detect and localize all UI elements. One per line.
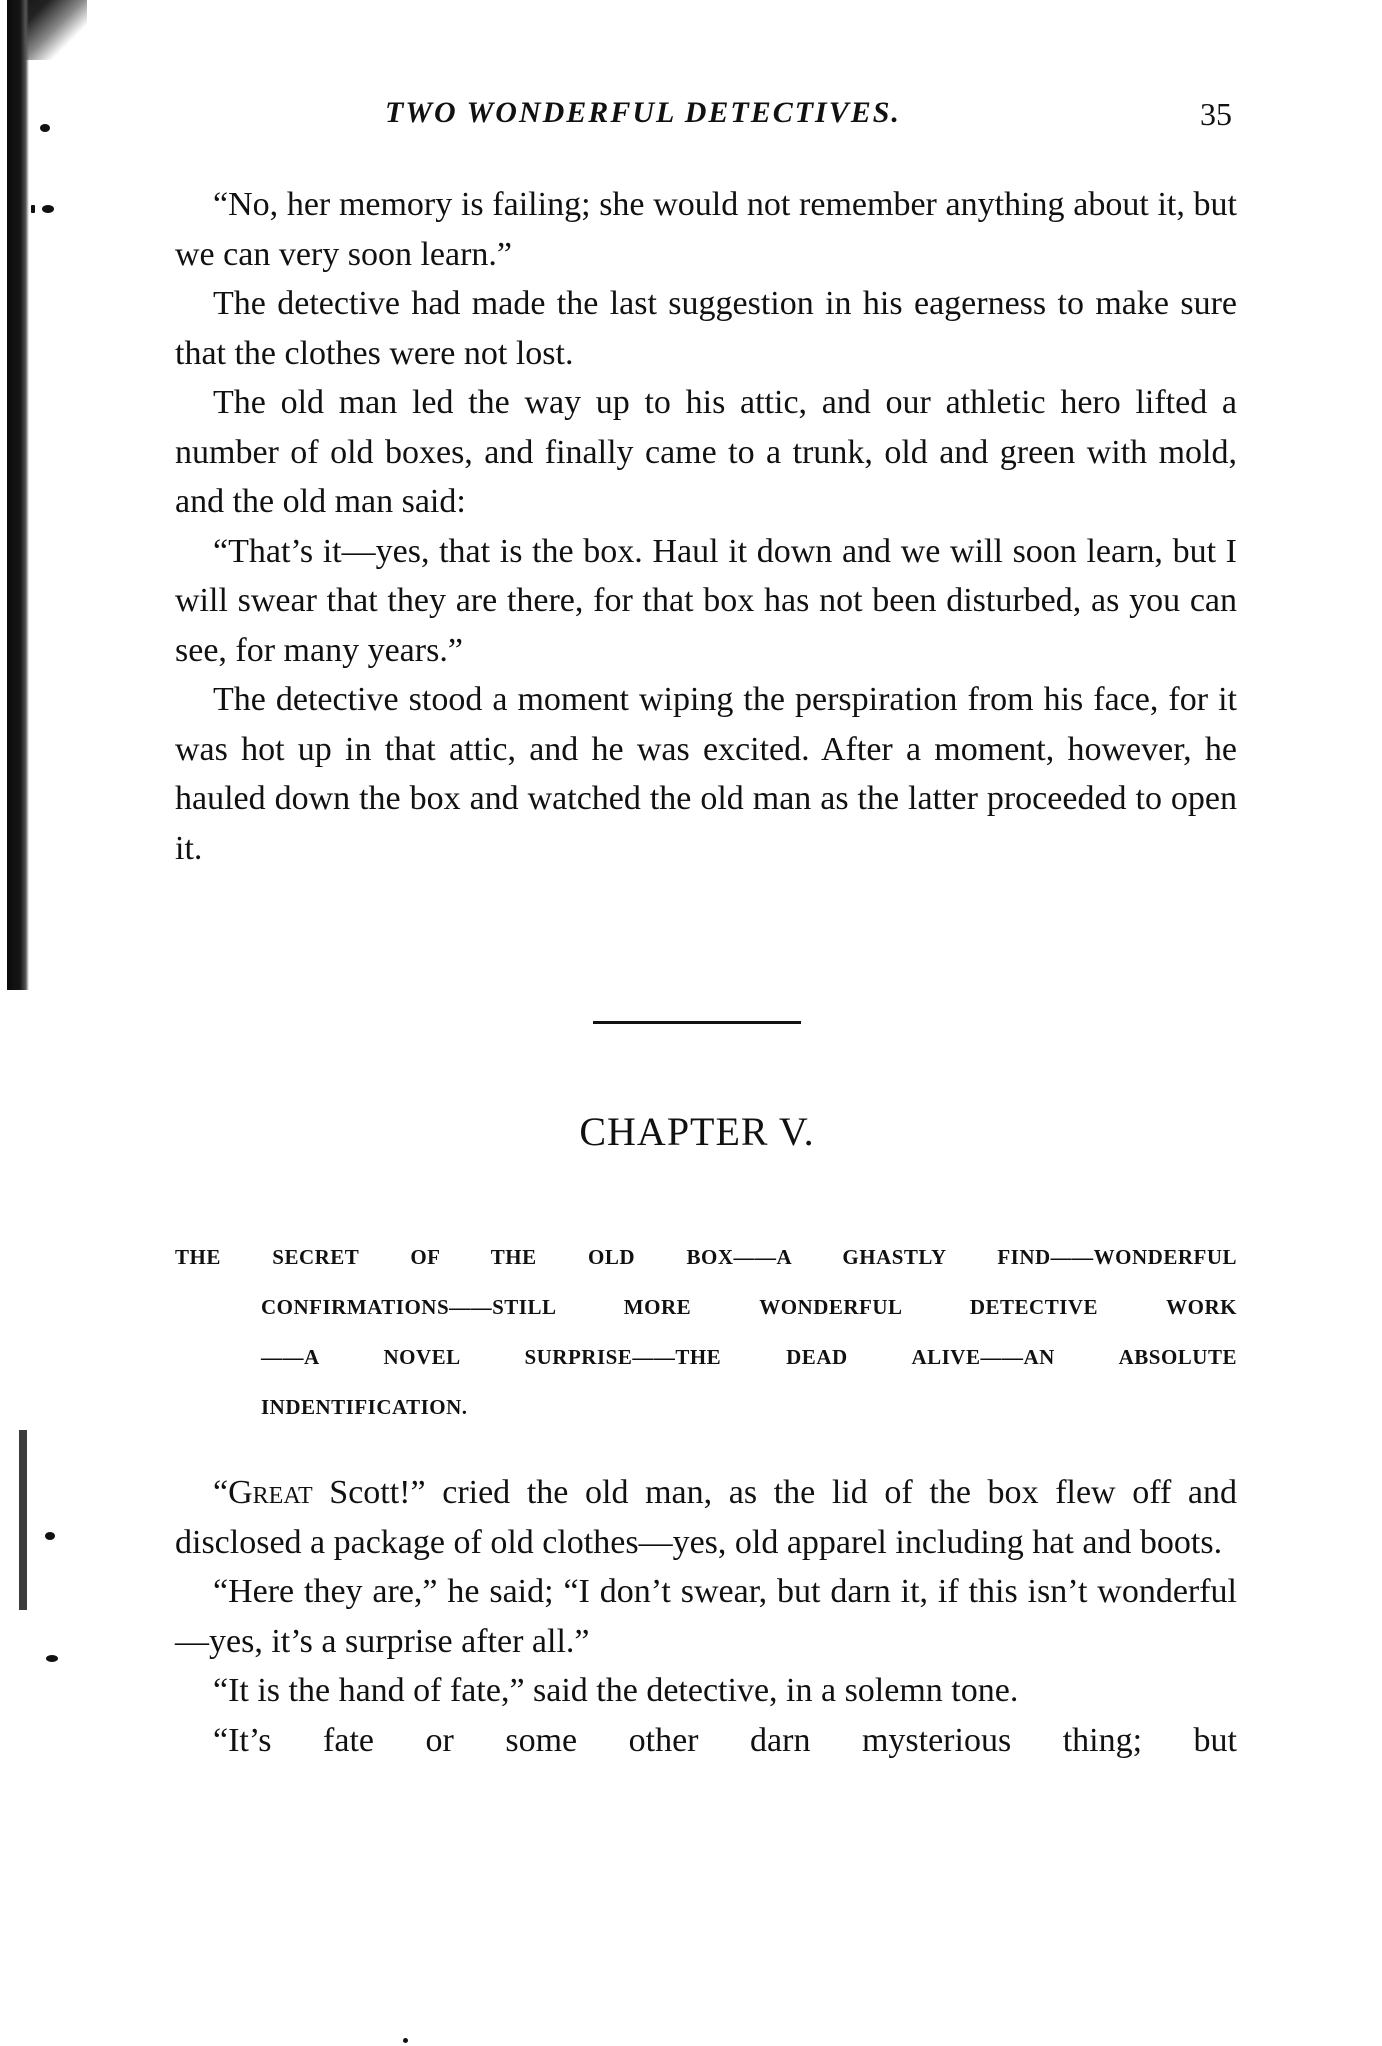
paragraph: The old man led the way up to his attic,…	[175, 378, 1237, 527]
synopsis-line: INDENTIFICATION.	[261, 1382, 1237, 1432]
running-head: TWO WONDERFUL DETECTIVES. 35	[385, 96, 1240, 140]
chapter-heading-text: CHAPTER V.	[579, 1109, 814, 1154]
scan-speck	[45, 1532, 55, 1540]
synopsis-line: CONFIRMATIONS——STILL MORE WONDERFUL DETE…	[261, 1282, 1237, 1332]
page-number: 35	[1200, 96, 1232, 133]
scan-speck	[42, 205, 54, 213]
paragraph: “That’s it—yes, that is the box. Haul it…	[175, 527, 1237, 676]
binding-shadow-lower	[19, 1430, 27, 1610]
book-page: TWO WONDERFUL DETECTIVES. 35 “No, her me…	[0, 0, 1382, 2046]
section-divider-rule	[593, 1021, 801, 1024]
binding-shadow	[7, 0, 29, 990]
scan-speck	[403, 2038, 408, 2043]
synopsis-line: THE SECRET OF THE OLD BOX——A GHASTLY FIN…	[175, 1232, 1237, 1282]
paragraph: “It’s fate or some other darn mysterious…	[175, 1716, 1237, 1766]
opening-quote: “	[213, 1474, 228, 1511]
paragraph: The detective stood a moment wiping the …	[175, 675, 1237, 873]
scan-speck	[40, 124, 50, 132]
chapter-synopsis: THE SECRET OF THE OLD BOX——A GHASTLY FIN…	[175, 1232, 1237, 1432]
paragraph: “Here they are,” he said; “I don’t swear…	[175, 1567, 1237, 1666]
chapter-heading: CHAPTER V.	[0, 1108, 1382, 1155]
paragraph: “It is the hand of fate,” said the detec…	[175, 1666, 1237, 1716]
running-title: TWO WONDERFUL DETECTIVES.	[385, 96, 901, 130]
body-text-chapter-five: “Great Scott!” cried the old man, as the…	[175, 1468, 1237, 1765]
paragraph-text: Scott!” cried the old man, as the lid of…	[175, 1474, 1237, 1561]
scan-speck	[46, 1655, 58, 1662]
opening-small-caps-word: Great	[228, 1474, 313, 1511]
paragraph: The detective had made the last suggesti…	[175, 279, 1237, 378]
paragraph: “No, her memory is failing; she would no…	[175, 180, 1237, 279]
body-text-before-chapter: “No, her memory is failing; she would no…	[175, 180, 1237, 873]
scan-speck	[31, 205, 35, 213]
paragraph: “Great Scott!” cried the old man, as the…	[175, 1468, 1237, 1567]
synopsis-line: ——A NOVEL SURPRISE——THE DEAD ALIVE——AN A…	[261, 1332, 1237, 1382]
